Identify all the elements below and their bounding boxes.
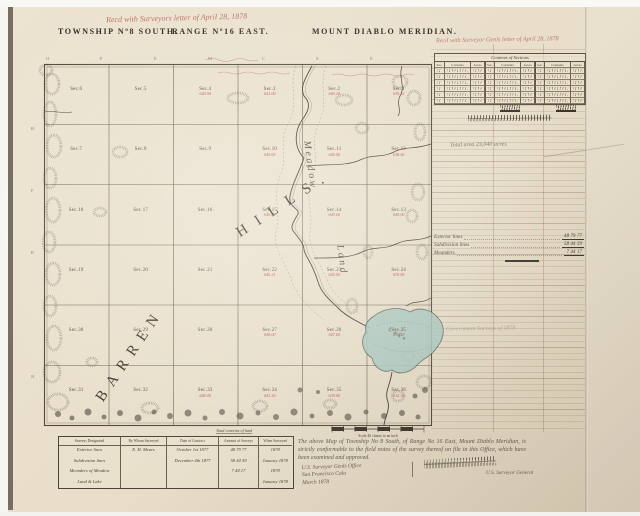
handwriting-scribble — [473, 69, 482, 72]
dotted-leader — [464, 239, 559, 240]
handwriting-scribble — [573, 69, 582, 72]
acreage-cell — [435, 98, 445, 104]
survey-cell: 48 79 77 — [219, 446, 259, 457]
summary-value: 7 44 17 — [564, 249, 584, 256]
handwriting-scribble — [497, 69, 518, 72]
acreage-table-body — [435, 68, 585, 104]
survey-cell: December 4th 1877 — [167, 457, 219, 468]
dotted-leader — [457, 255, 563, 256]
margin-letter: B — [31, 126, 34, 131]
margin-letter: F — [31, 188, 34, 193]
survey-table-body: Exterior linesE. H. MearsOctober 1st 187… — [59, 446, 293, 488]
survey-cell: 7 44 17 — [219, 467, 259, 478]
handwriting-scribble — [523, 69, 532, 72]
scale-bar: Scale 40 chains to an inch — [332, 426, 424, 439]
handwriting-scribble — [473, 81, 482, 84]
handwriting-scribble — [547, 87, 568, 90]
title-meridian: MOUNT DIABLO MERIDIAN. — [312, 27, 458, 36]
scan-edge-left — [8, 7, 13, 510]
handwriting-scribble — [573, 81, 582, 84]
red-ink-scribbles — [205, 59, 414, 77]
acreage-cell — [445, 98, 471, 104]
handwriting-scribble — [437, 93, 442, 96]
handwriting-scribble — [547, 75, 568, 78]
handwriting-scribble — [437, 75, 442, 78]
dotted-leader — [471, 247, 560, 248]
handwriting-scribble — [447, 99, 468, 102]
handwriting-scribble — [437, 87, 442, 90]
survey-table-header: Surveys DesignatedBy Whom SurveyedDate o… — [59, 437, 293, 446]
handwriting-scribble — [523, 81, 532, 84]
handwriting-scribble — [538, 87, 542, 90]
handwriting-scribble — [437, 81, 442, 84]
acreage-cell — [495, 98, 521, 104]
summary-value: 58 44 59 — [562, 241, 584, 248]
summary-line: Subdivision lines 58 44 59 — [434, 241, 584, 248]
title-range: RANGE Nº16 EAST. — [172, 27, 269, 36]
surveyor-office-block: U.S. Surveyor Genls Office San Francisco… — [302, 463, 362, 487]
acreage-total — [500, 105, 520, 112]
survey-cell: 58 44 59 — [219, 457, 259, 468]
survey-table-row: Meanders of Meadow7 44 171878 — [59, 467, 293, 478]
acreage-cell — [571, 98, 585, 104]
survey-table-row: Exterior linesE. H. MearsOctober 1st 187… — [59, 446, 293, 457]
survey-col-header: Amount of Surveys — [219, 437, 259, 446]
title-township: TOWNSHIP Nº8 SOUTH. — [58, 27, 178, 36]
summary-final-underline — [505, 258, 539, 262]
acreage-table-row — [435, 98, 585, 104]
survey-cell — [121, 457, 167, 468]
handwriting-scribble — [488, 93, 492, 96]
survey-cell: Land & Lake — [59, 478, 121, 489]
handwriting-scribble — [437, 69, 442, 72]
acreage-cell — [535, 98, 545, 104]
survey-cell: January 1878 — [259, 478, 292, 489]
margin-letter: C — [262, 56, 265, 61]
government-surveys-note: Government Surveys of 1878 — [446, 325, 516, 332]
signer-title: U.S. Surveyor General — [486, 470, 533, 476]
survey-cell: Exterior lines — [59, 446, 121, 457]
survey-cell: E. H. Mears — [121, 446, 167, 457]
summary-value: 48 79 77 — [562, 233, 584, 240]
handwriting-scribble — [538, 69, 542, 72]
handwriting-scribble — [488, 69, 492, 72]
survey-cell — [167, 467, 219, 478]
handwriting-scribble — [547, 93, 568, 96]
summary-label: Subdivision lines — [434, 242, 469, 248]
handwriting-scribble — [573, 75, 582, 78]
survey-table: Surveys DesignatedBy Whom SurveyedDate o… — [58, 436, 294, 489]
acreage-cell — [521, 98, 535, 104]
handwriting-scribble — [538, 99, 542, 102]
survey-cell: January 1878 — [259, 457, 292, 468]
handwriting-scribble — [547, 99, 568, 102]
acreage-cell — [471, 98, 485, 104]
survey-cell: 1878 — [259, 467, 292, 478]
handwriting-scribble — [497, 87, 518, 90]
survey-cell: Subdivision lines — [59, 457, 121, 468]
handwriting-scribble — [473, 93, 482, 96]
margin-letter: F — [100, 56, 103, 61]
survey-cell: October 1st 1877 — [167, 446, 219, 457]
handwriting-scribble — [473, 75, 482, 78]
scanned-plat-page: Lake Scale 40 chains to an inch Recd wit… — [0, 0, 640, 516]
handwriting-scribble — [523, 75, 532, 78]
acreage-table: Contents of Sections Sec.ContentsAcresSe… — [434, 53, 586, 105]
handwriting-scribble — [447, 69, 468, 72]
handwriting-scribble — [523, 87, 532, 90]
handwriting-scribble — [447, 75, 468, 78]
handwriting-scribble — [447, 81, 468, 84]
margin-letter: E — [370, 56, 373, 61]
handwriting-scribble — [547, 69, 568, 72]
handwriting-scribble — [538, 75, 542, 78]
handwriting-scribble — [488, 87, 492, 90]
scan-edge-top — [0, 0, 640, 7]
survey-cell — [121, 467, 167, 478]
handwriting-scribble — [573, 87, 582, 90]
summary-label: Exterior lines — [434, 234, 462, 240]
survey-col-header: Surveys Designated — [59, 437, 121, 446]
summary-line: Exterior lines 48 79 77 — [434, 233, 584, 240]
survey-cell — [219, 478, 259, 489]
scan-edge-bottom — [0, 512, 640, 516]
survey-cell — [121, 478, 167, 489]
handwriting-scribble — [437, 99, 442, 102]
margin-letter: E — [154, 56, 157, 61]
margin-letter: M — [208, 56, 212, 61]
handwriting-scribble — [447, 93, 468, 96]
survey-col-header: Date of Contract — [167, 437, 219, 446]
total-area-note: Total area 23,040 acres — [450, 142, 507, 149]
handwriting-scribble — [447, 87, 468, 90]
margin-letter: N — [31, 374, 34, 379]
survey-col-header: By Whom Surveyed — [121, 437, 167, 446]
handwriting-scribble — [573, 93, 582, 96]
acreage-cell — [545, 98, 571, 104]
survey-cell — [167, 478, 219, 489]
margin-letter: K — [31, 250, 34, 255]
handwriting-scribble — [523, 99, 532, 102]
acreage-total — [556, 105, 576, 112]
survey-table-row: Land & LakeJanuary 1878 — [59, 478, 293, 489]
examiner-signature-scribble — [468, 115, 552, 122]
handwriting-scribble — [473, 87, 482, 90]
acreage-cell — [485, 98, 495, 104]
handwriting-scribble — [538, 93, 542, 96]
township-grid — [45, 65, 432, 426]
acreage-table-title: Contents of Sections — [435, 54, 585, 62]
survey-cell: 1878 — [259, 446, 292, 457]
handwriting-scribble — [547, 81, 568, 84]
handwriting-scribble — [497, 93, 518, 96]
summary-label: Meanders — [434, 250, 455, 256]
handwriting-scribble — [497, 81, 518, 84]
summary-line: Meanders 7 44 17 — [434, 249, 584, 256]
handwriting-scribble — [538, 81, 542, 84]
survey-col-header: When Surveyed — [259, 437, 292, 446]
margin-letter: S — [316, 56, 319, 61]
margin-letter: O — [46, 56, 49, 61]
handwriting-scribble — [488, 99, 492, 102]
survey-table-row: Subdivision linesDecember 4th 187758 44 … — [59, 457, 293, 468]
certification-divider — [412, 462, 413, 477]
survey-cell: Meanders of Meadow — [59, 467, 121, 478]
paper-right-strip — [588, 7, 640, 512]
handwriting-scribble — [473, 99, 482, 102]
creek — [44, 66, 431, 426]
handwriting-scribble — [497, 99, 518, 102]
handwriting-scribble — [523, 93, 532, 96]
handwriting-scribble — [497, 75, 518, 78]
handwriting-scribble — [488, 81, 492, 84]
handwriting-scribble — [488, 75, 492, 78]
survey-table-caption: Total contents of land — [216, 428, 252, 434]
handwriting-scribble — [573, 99, 582, 102]
